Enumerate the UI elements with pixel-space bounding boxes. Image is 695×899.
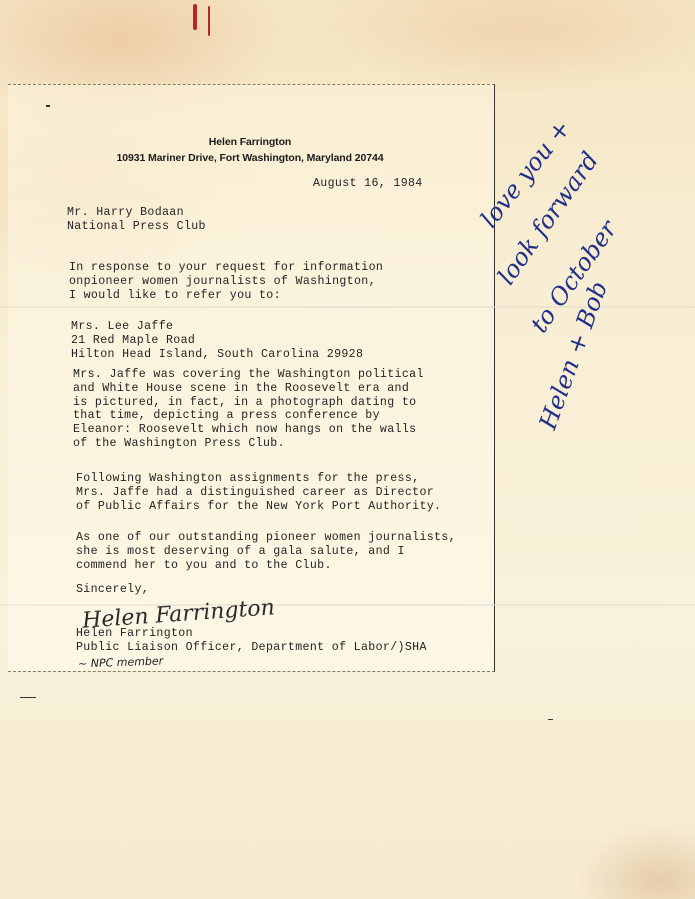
body-paragraph-1: Mrs. Jaffe was covering the Washington p… xyxy=(73,368,424,451)
letterhead: Helen Farrington 10931 Mariner Drive, Fo… xyxy=(0,134,500,166)
letterhead-name: Helen Farrington xyxy=(0,134,500,150)
body-paragraph-2: Following Washington assignments for the… xyxy=(76,472,441,513)
letterhead-address: 10931 Mariner Drive, Fort Washington, Ma… xyxy=(0,150,500,166)
recipient-organization: National Press Club xyxy=(67,220,206,233)
intro-paragraph: In response to your request for informat… xyxy=(69,261,383,302)
referral-address: Mrs. Lee Jaffe 21 Red Maple Road Hilton … xyxy=(71,320,363,361)
body-paragraph-3: As one of our outstanding pioneer women … xyxy=(76,531,456,572)
paper-speck xyxy=(20,697,36,698)
paper-speck xyxy=(46,105,50,107)
fold-line xyxy=(0,604,695,606)
recipient-name: Mr. Harry Bodaan xyxy=(67,206,184,219)
red-ink-stain xyxy=(208,6,210,36)
paper-speck xyxy=(548,719,553,720)
letter-date: August 16, 1984 xyxy=(313,177,423,191)
typed-signature-name: Helen Farrington xyxy=(76,627,193,641)
red-ink-stain xyxy=(193,4,197,30)
signature-title: Public Liaison Officer, Department of La… xyxy=(76,641,427,655)
recipient-block: Mr. Harry Bodaan National Press Club xyxy=(67,206,206,234)
closing: Sincerely, xyxy=(76,583,149,597)
